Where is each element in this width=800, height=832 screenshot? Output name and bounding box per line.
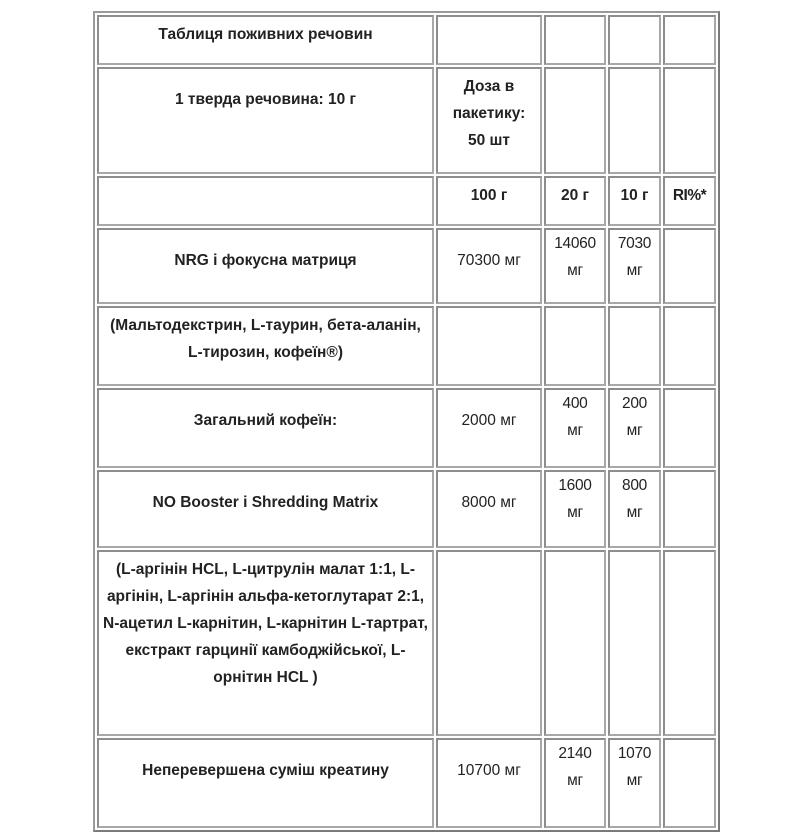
nutrient-name: NO Booster і Shredding Matrix — [97, 470, 434, 548]
value-per-10g: 1070 мг — [608, 738, 661, 800]
table-title: Таблиця поживних речовин — [97, 15, 434, 65]
value-ri — [663, 388, 716, 468]
empty-cell — [436, 15, 542, 65]
table-row: NO Booster і Shredding Matrix 8000 мг 16… — [97, 470, 716, 548]
dose-per-pack: Доза в пакетику: 50 шт — [436, 67, 542, 174]
nutrition-table: Таблиця поживних речовин 1 тверда речови… — [93, 11, 720, 800]
value-ri — [663, 738, 716, 800]
value-number: 800 — [612, 472, 657, 499]
header-per-10g: 10 г — [608, 176, 661, 226]
value-per-100g: 70300 мг — [436, 228, 542, 304]
header-per-100g: 100 г — [436, 176, 542, 226]
nutrient-name: Неперевершена суміш креатину — [97, 738, 434, 800]
value-unit: мг — [612, 257, 657, 284]
value-unit: мг — [612, 417, 657, 444]
value-per-20g: 2140 мг — [544, 738, 606, 800]
serving-row: 1 тверда речовина: 10 г Доза в пакетику:… — [97, 67, 716, 174]
value-unit: мг — [548, 767, 602, 794]
value-per-10g: 7030 мг — [608, 228, 661, 304]
dose-line-2: пакетику: — [440, 100, 538, 127]
column-header-row: 100 г 20 г 10 г RI%* — [97, 176, 716, 226]
value-number: 1070 — [612, 740, 657, 767]
value-number: 1600 — [548, 472, 602, 499]
header-ri-percent: RI%* — [663, 176, 716, 226]
empty-cell — [663, 67, 716, 174]
nutrition-table-container: Таблиця поживних речовин 1 тверда речови… — [93, 11, 720, 800]
ingredients-list: (Мальтодекстрин, L-таурин, бета-аланін, … — [97, 306, 434, 386]
value-per-10g — [608, 550, 661, 736]
value-number: 14060 — [548, 230, 602, 257]
dose-line-1: Доза в — [440, 73, 538, 100]
value-per-20g — [544, 306, 606, 386]
dose-line-3: 50 шт — [440, 127, 538, 154]
empty-cell — [608, 67, 661, 174]
value-per-10g: 800 мг — [608, 470, 661, 548]
value-per-100g — [436, 306, 542, 386]
value-ri — [663, 470, 716, 548]
value-unit: мг — [548, 417, 602, 444]
table-row: Загальний кофеїн: 2000 мг 400 мг 200 мг — [97, 388, 716, 468]
value-ri — [663, 306, 716, 386]
empty-cell — [544, 67, 606, 174]
ingredients-list: (L-аргінін HCL, L-цитрулін малат 1:1, L-… — [97, 550, 434, 736]
empty-cell — [608, 15, 661, 65]
value-number: 200 — [612, 390, 657, 417]
table-row: (Мальтодекстрин, L-таурин, бета-аланін, … — [97, 306, 716, 386]
nutrient-name: Загальний кофеїн: — [97, 388, 434, 468]
value-per-100g: 10700 мг — [436, 738, 542, 800]
value-number: 2140 — [548, 740, 602, 767]
empty-cell — [663, 15, 716, 65]
value-unit: мг — [548, 499, 602, 526]
value-per-20g — [544, 550, 606, 736]
value-per-10g — [608, 306, 661, 386]
value-unit: мг — [548, 257, 602, 284]
value-unit: мг — [612, 767, 657, 794]
value-per-10g: 200 мг — [608, 388, 661, 468]
table-row: Неперевершена суміш креатину 10700 мг 21… — [97, 738, 716, 800]
value-per-100g — [436, 550, 542, 736]
value-per-100g: 2000 мг — [436, 388, 542, 468]
table-row: NRG і фокусна матриця 70300 мг 14060 мг … — [97, 228, 716, 304]
empty-cell — [544, 15, 606, 65]
table-row: (L-аргінін HCL, L-цитрулін малат 1:1, L-… — [97, 550, 716, 736]
nutrient-name: NRG і фокусна матриця — [97, 228, 434, 304]
value-number: 400 — [548, 390, 602, 417]
serving-size-label: 1 тверда речовина: 10 г — [97, 67, 434, 174]
header-col-name — [97, 176, 434, 226]
value-per-100g: 8000 мг — [436, 470, 542, 548]
value-per-20g: 14060 мг — [544, 228, 606, 304]
value-ri — [663, 550, 716, 736]
header-per-20g: 20 г — [544, 176, 606, 226]
value-unit: мг — [612, 499, 657, 526]
table-title-row: Таблиця поживних речовин — [97, 15, 716, 65]
value-number: 7030 — [612, 230, 657, 257]
value-per-20g: 400 мг — [544, 388, 606, 468]
value-ri — [663, 228, 716, 304]
value-per-20g: 1600 мг — [544, 470, 606, 548]
